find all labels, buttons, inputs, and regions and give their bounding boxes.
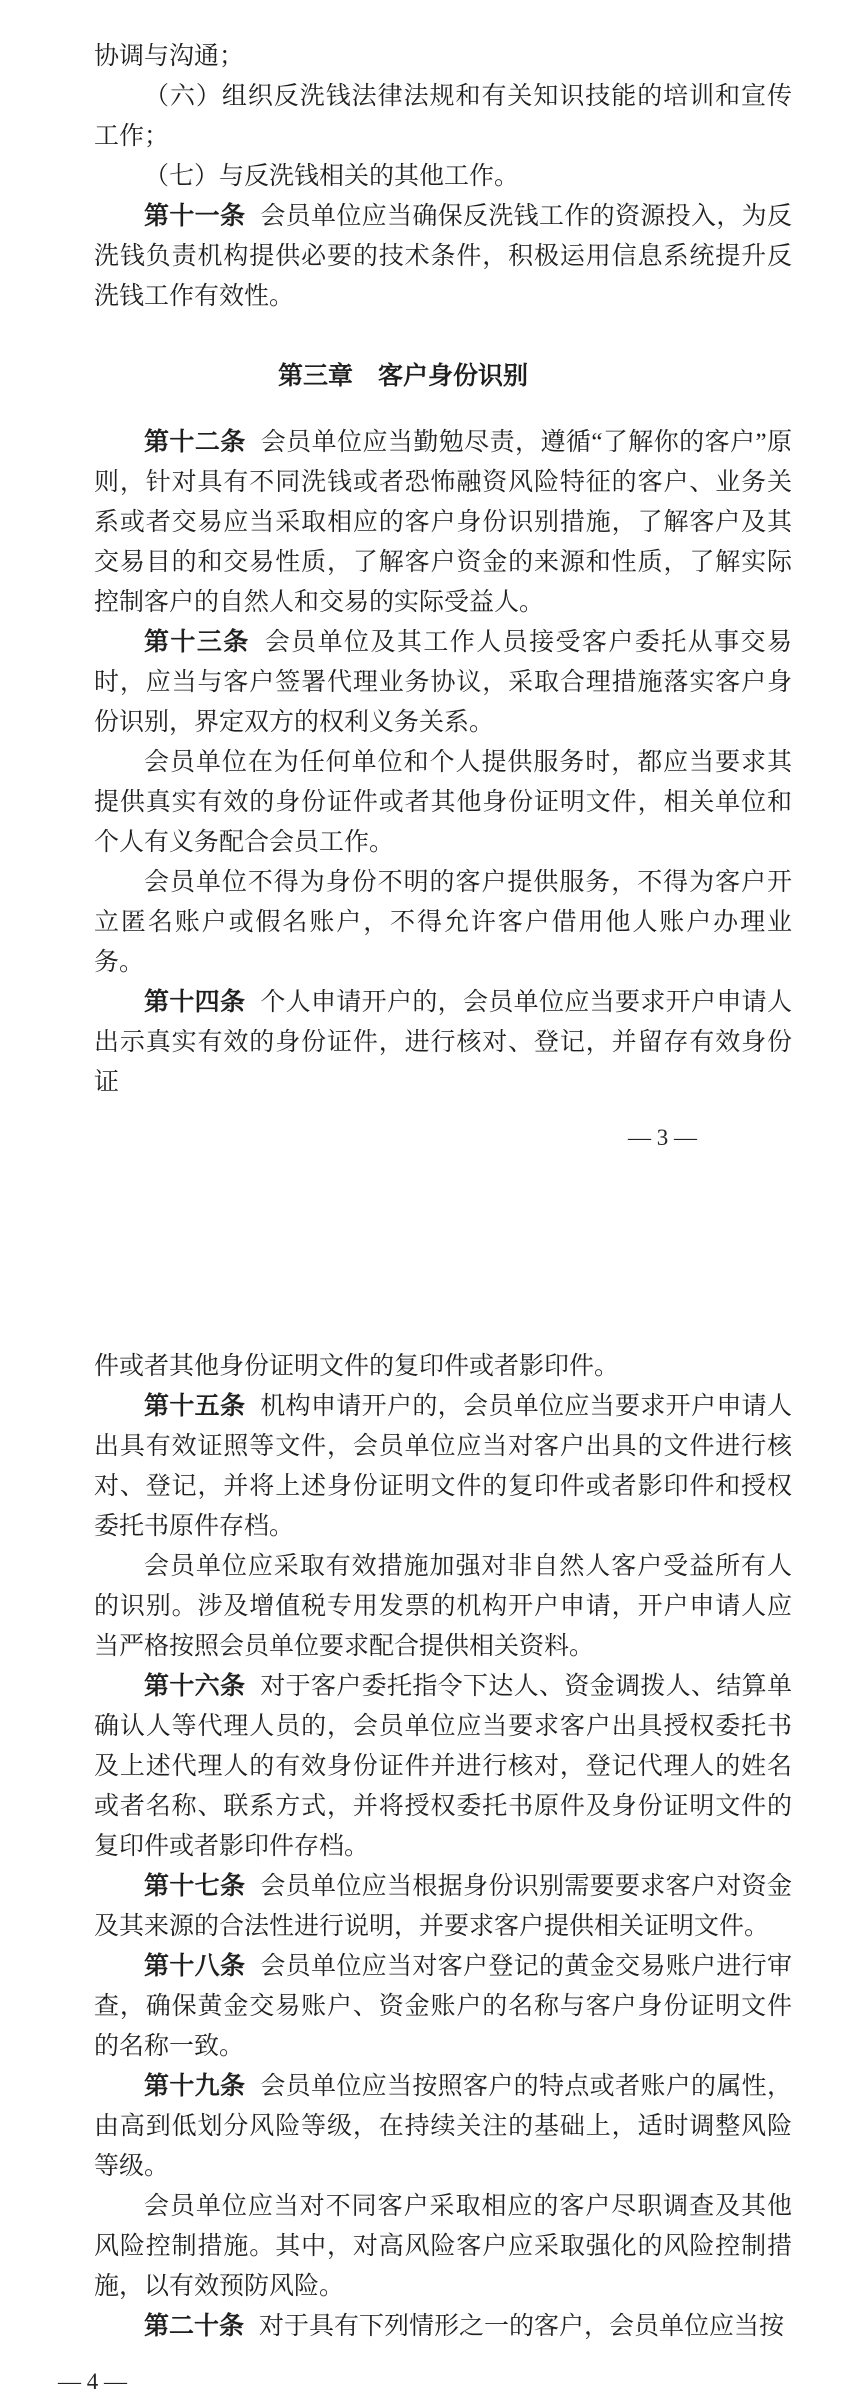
article-13-paragraph-2: 会员单位在为任何单位和个人提供服务时，都应当要求其提供真实有效的身份证件或者其他… [94,743,792,863]
page-number-3: — 3 — [94,1118,697,1158]
page-3: 协调与沟通； （六）组织反洗钱法律法规和有关知识技能的培训和宣传工作； （七）与… [0,0,848,1158]
article-15-number: 第十五条 [144,1393,245,1420]
article-20: 第二十条对于具有下列情形之一的客户，会员单位应当按 [94,2307,792,2347]
article-11-number: 第十一条 [144,203,245,230]
article-12: 第十二条会员单位应当勤勉尽责，遵循“了解你的客户”原则，针对具有不同洗钱或者恐怖… [94,423,792,623]
article-12-text: 会员单位应当勤勉尽责，遵循“了解你的客户”原则，针对具有不同洗钱或者恐怖融资风险… [94,429,792,616]
article-16-text: 对于客户委托指令下达人、资金调拨人、结算单确认人等代理人员的，会员单位应当要求客… [94,1673,792,1860]
article-13-number: 第十三条 [144,629,250,656]
document-scan: 协调与沟通； （六）组织反洗钱法律法规和有关知识技能的培训和宣传工作； （七）与… [0,0,848,2402]
article-20-number: 第二十条 [144,2313,244,2340]
article-20-text: 对于具有下列情形之一的客户，会员单位应当按 [259,2313,784,2340]
article-13: 第十三条会员单位及其工作人员接受客户委托从事交易时，应当与客户签署代理业务协议，… [94,623,792,743]
page-number-4: — 4 — [58,2362,792,2402]
page-4: 件或者其他身份证明文件的复印件或者影印件。 第十五条机构申请开户的，会员单位应当… [0,1158,848,2402]
paragraph-continuation: 件或者其他身份证明文件的复印件或者影印件。 [94,1347,792,1387]
article-17: 第十七条会员单位应当根据身份识别需要要求客户对资金及其来源的合法性进行说明，并要… [94,1867,792,1947]
article-19: 第十九条会员单位应当按照客户的特点或者账户的属性，由高到低划分风险等级，在持续关… [94,2067,792,2187]
article-11: 第十一条会员单位应当确保反洗钱工作的资源投入，为反洗钱负责机构提供必要的技术条件… [94,197,792,317]
article-14-number: 第十四条 [144,989,245,1016]
clause-item-seven: （七）与反洗钱相关的其他工作。 [94,157,792,197]
paragraph-continuation: 协调与沟通； [94,37,792,77]
article-15-paragraph-2: 会员单位应采取有效措施加强对非自然人客户受益所有人的识别。涉及增值税专用发票的机… [94,1547,792,1667]
article-12-number: 第十二条 [144,429,246,456]
article-13-paragraph-3: 会员单位不得为身份不明的客户提供服务，不得为客户开立匿名账户或假名账户，不得允许… [94,863,792,983]
article-19-paragraph-2: 会员单位应当对不同客户采取相应的客户尽职调查及其他风险控制措施。其中，对高风险客… [94,2187,792,2307]
article-14: 第十四条个人申请开户的，会员单位应当要求开户申请人出示真实有效的身份证件，进行核… [94,983,792,1103]
article-16-number: 第十六条 [144,1673,245,1700]
article-18: 第十八条会员单位应当对客户登记的黄金交易账户进行审查，确保黄金交易账户、资金账户… [94,1947,792,2067]
article-16: 第十六条对于客户委托指令下达人、资金调拨人、结算单确认人等代理人员的，会员单位应… [94,1667,792,1867]
article-17-number: 第十七条 [144,1873,245,1900]
article-15: 第十五条机构申请开户的，会员单位应当要求开户申请人出具有效证照等文件，会员单位应… [94,1387,792,1547]
article-18-number: 第十八条 [144,1953,245,1980]
chapter-heading: 第三章 客户身份识别 [54,357,752,397]
clause-item-six: （六）组织反洗钱法律法规和有关知识技能的培训和宣传工作； [94,77,792,157]
article-19-number: 第十九条 [144,2073,245,2100]
